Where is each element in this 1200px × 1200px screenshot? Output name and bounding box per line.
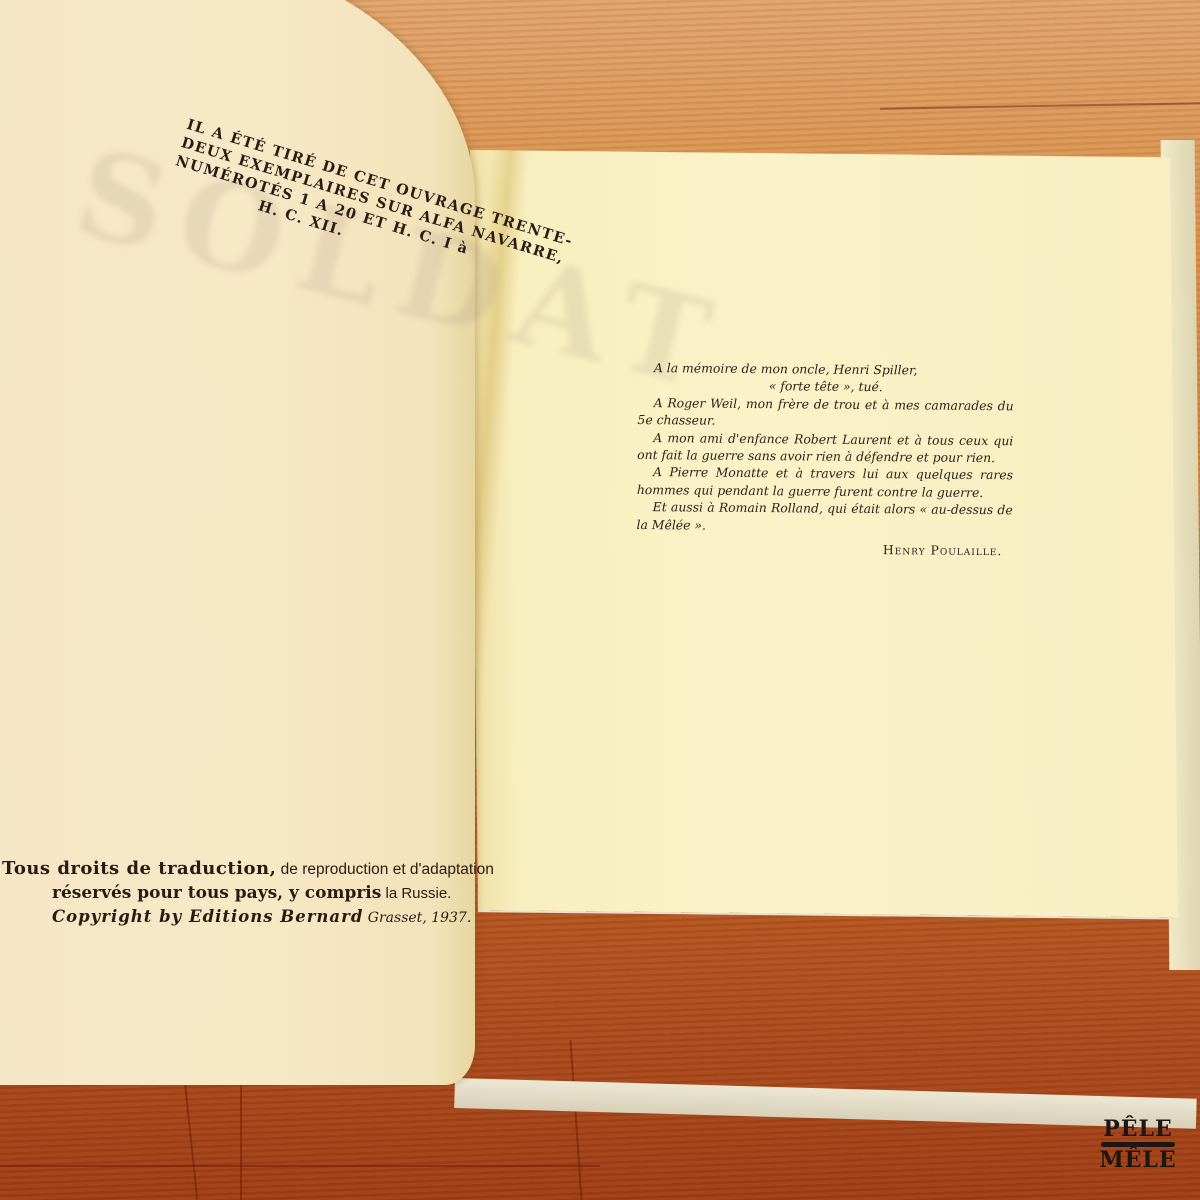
rights-notice: Tous droits de traduction, de reproducti… xyxy=(2,858,472,926)
logo-word-bottom: MÊLE xyxy=(1098,1149,1178,1171)
rights-line-1: Tous droits de traduction, de reproducti… xyxy=(2,858,472,879)
dedication-paragraph: A mon ami d'enfance Robert Laurent et à … xyxy=(637,429,1013,467)
author-signature: Henry Poulaille. xyxy=(636,539,1012,560)
copyright-text: Copyright by Editions Bernard xyxy=(52,907,363,926)
logo-word-top: PÊLE xyxy=(1098,1118,1178,1140)
dedication-paragraph: Et aussi à Romain Rolland, qui était alo… xyxy=(636,498,1012,536)
wood-seam xyxy=(569,1040,582,1200)
dedication-paragraph: A Roger Weil, mon frère de trou et à mes… xyxy=(637,394,1013,432)
rights-text: Tous droits de traduction, xyxy=(2,858,276,879)
dedication: A la mémoire de mon oncle, Henri Spiller… xyxy=(636,359,1014,560)
wood-seam xyxy=(0,1165,600,1167)
wood-seam xyxy=(240,1080,242,1200)
copyright-text: Grasset, 1937. xyxy=(363,910,471,926)
wood-seam xyxy=(184,1080,199,1200)
rights-text: réservés pour tous pays, y compris xyxy=(52,883,381,903)
rights-line-2: réservés pour tous pays, y compris la Ru… xyxy=(2,883,472,903)
pele-mele-watermark-logo: PÊLE MÊLE xyxy=(1098,1118,1178,1174)
copyright-line: Copyright by Editions Bernard Grasset, 1… xyxy=(2,907,472,926)
wood-seam xyxy=(880,102,1200,110)
rights-text: la Russie. xyxy=(381,885,451,902)
dedication-paragraph: A Pierre Monatte et à travers lui aux qu… xyxy=(637,463,1013,501)
rights-text: de reproduction et d'adaptation xyxy=(276,861,494,878)
